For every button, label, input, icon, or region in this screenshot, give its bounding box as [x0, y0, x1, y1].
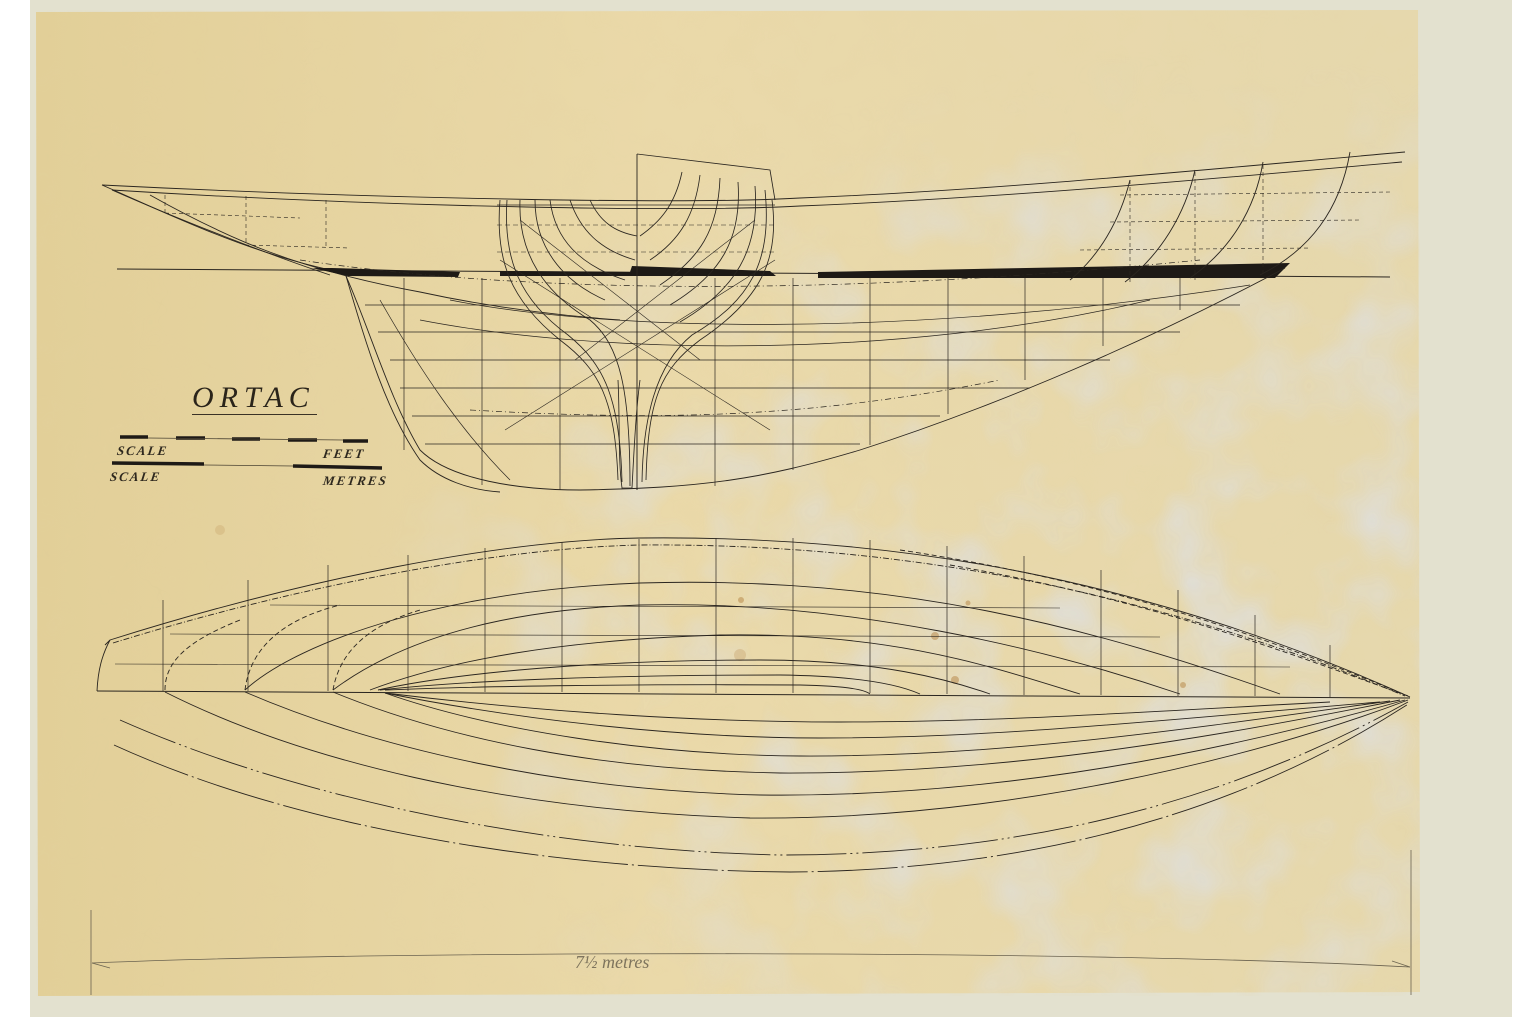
vessel-title: ORTAC	[192, 382, 317, 415]
feet-scale-label: SCALE	[116, 443, 169, 459]
feet-unit-label: FEET	[322, 446, 366, 462]
lines-plan-drawing	[0, 0, 1536, 1017]
metres-unit-label: METRES	[322, 473, 389, 489]
metres-scale-label: SCALE	[109, 469, 162, 485]
drawing-sheet: ORTAC SCALE FEET SCALE METRES 7½ metres	[0, 0, 1536, 1017]
dimension-label: 7½ metres	[575, 952, 649, 973]
